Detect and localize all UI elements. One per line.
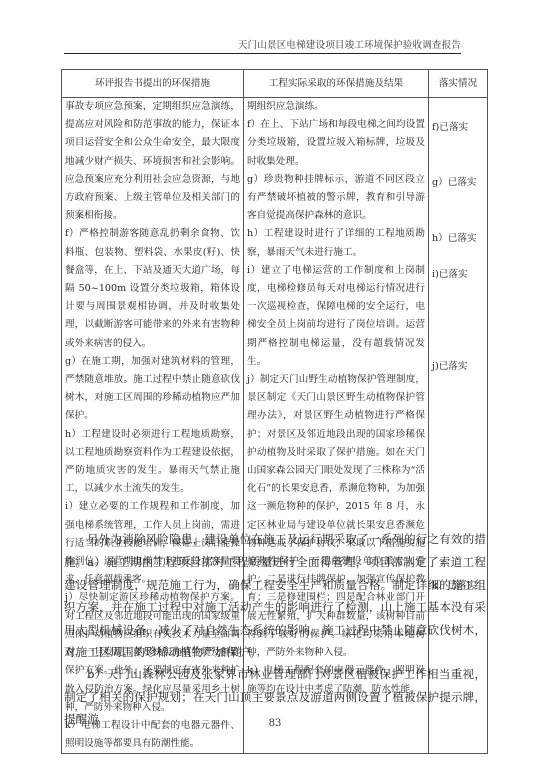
header-rule [64,53,461,54]
column-header-actual-measures: 工程实际采取的环保措施及结果 [244,70,429,98]
actual-measure-f: f）在上、下站广场和每段电梯之间均设置分类垃圾箱，设置垃圾入箱标牌，垃圾及时收集… [247,116,425,171]
running-header-title: 天门山景区电梯建设项目竣工环境保护验收调查报告 [64,39,461,53]
actual-measure-h: h）工程建设时进行了详细的工程地质勘察，暴雨天气未进行施工。 [247,225,425,261]
status-h: h）已落实 [432,231,482,247]
eia-measure-e-cont: 事故专项应急预案，定期组织应急演练，提高应对风险和防范事故的能力，保证本项目运营… [65,98,240,225]
status-f: f)已落实 [432,120,482,136]
column-header-eia-measures: 环评报告书提出的环保措施 [62,70,244,98]
table-header-row: 环评报告书提出的环保措施 工程实际采取的环保措施及结果 落实情况 [62,70,488,98]
page-number: 83 [0,718,550,729]
actual-measure-e-cont: 期组织应急演练。 [247,98,425,116]
paragraph-a: a）施工期由工程项目部对工程质量进行全面得管理，项目部制定了索道工程建设管理制度… [64,551,486,664]
actual-measure-g: g）珍贵物种挂牌标示，游道不同区段立有严禁破坏植被的警示牌，教育和引导游客自觉提… [247,171,425,226]
eia-measure-h: h）工程建设时必须进行工程地质勘察，以工程地质勘察资料作为工程建设依据，严防地质… [65,426,240,499]
eia-measure-f: f）严格控制游客随意乱扔剩余食物、饮料瓶、包装物、塑料袋、水果皮(籽)、快餐盒等… [65,225,240,352]
actual-measure-i: i）建立了电梯运营的工作制度和上岗制度，电梯检修员每天对电梯运行情况进行一次巡视… [247,262,425,371]
status-g: g）已落实 [432,175,482,191]
status-i: i)已落实 [432,267,482,283]
column-header-status: 落实情况 [429,70,488,98]
status-j: j)已落实 [432,359,482,375]
eia-measure-g: g）在施工期，加强对建筑材料的管理，严禁随意堆放。施工过程中禁止随意砍伐树木，对… [65,353,240,426]
